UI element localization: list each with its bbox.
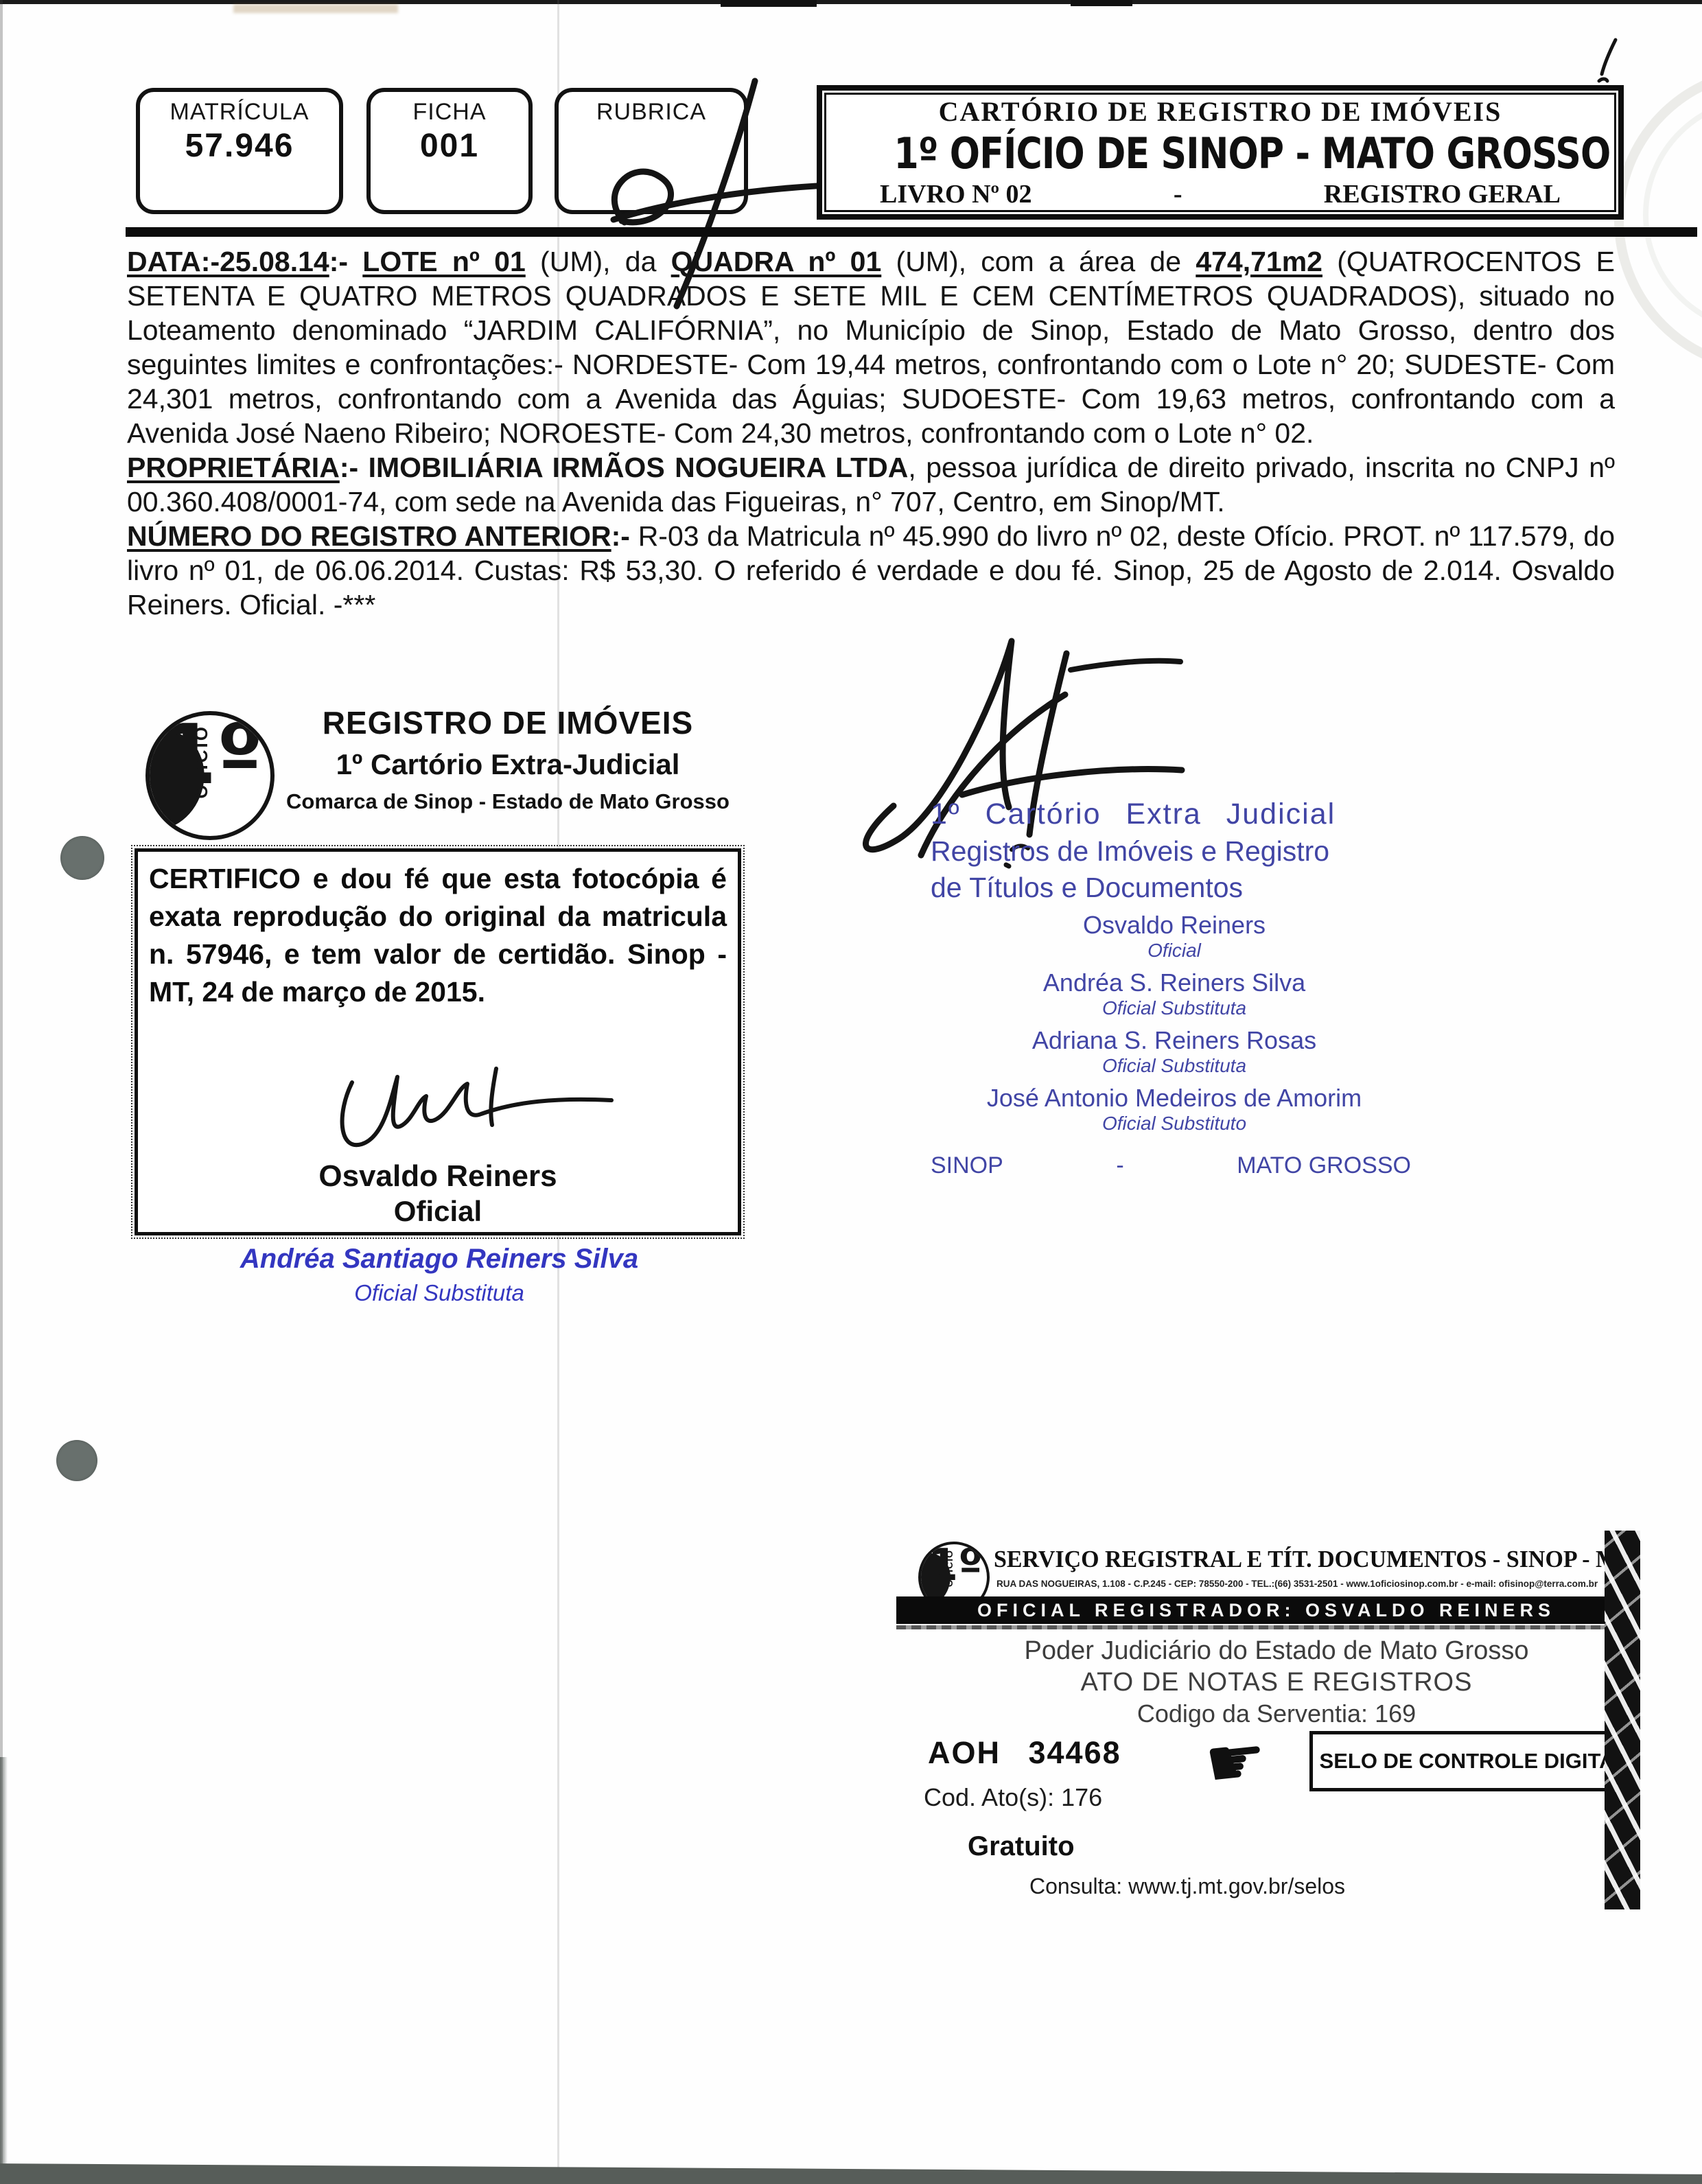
official-title: Oficial xyxy=(931,940,1418,962)
punch-hole xyxy=(56,1440,97,1481)
security-strip xyxy=(1605,1531,1640,1909)
official-title: Oficial Substituta xyxy=(931,997,1418,1019)
blue-stamp-line1: 1º Cartório Extra Judicial xyxy=(931,798,1418,831)
substitute-name: Andréa Santiago Reiners Silva xyxy=(165,1244,714,1275)
official-title: Oficial Substituta xyxy=(931,1055,1418,1077)
scan-edge-bump xyxy=(721,0,817,7)
registrar-bar: OFICIAL REGISTRADOR: OSVALDO REINERS xyxy=(896,1596,1636,1624)
certification-signature xyxy=(316,1058,632,1174)
ficha-box: FICHA 001 xyxy=(366,88,533,214)
matricula-label: MATRÍCULA xyxy=(140,99,339,126)
office-book: LIVRO Nº 02 xyxy=(880,179,1032,209)
seal-code: AOH 34468 xyxy=(928,1735,1121,1771)
stamp-city: SINOP xyxy=(931,1152,1003,1179)
registry-stamp-line3: Comarca de Sinop - Estado de Mato Grosso xyxy=(275,789,741,814)
city-state-row: SINOP - MATO GROSSO xyxy=(931,1152,1418,1179)
free-of-charge-label: Gratuito xyxy=(968,1831,1075,1862)
registry-stamp: REGISTRO DE IMÓVEIS 1º Cartório Extra-Ju… xyxy=(275,704,741,814)
digital-seal-box: SELO DE CONTROLE DIGITAL xyxy=(1309,1731,1637,1791)
official-name: Andréa S. Reiners Silva xyxy=(931,968,1418,997)
footer-address-line: RUA DAS NOGUEIRAS, 1.108 - C.P.245 - CEP… xyxy=(996,1579,1635,1589)
substitute-signer: Andréa Santiago Reiners Silva Oficial Su… xyxy=(165,1244,714,1306)
judiciary-line3: Codigo da Serventia: 169 xyxy=(913,1699,1640,1728)
paragraph-proprietaria: PROPRIETÁRIA:- IMOBILIÁRIA IRMÃOS NOGUEI… xyxy=(127,450,1615,519)
official-name: Adriana S. Reiners Rosas xyxy=(931,1026,1418,1055)
judiciary-line2: ATO DE NOTAS E REGISTROS xyxy=(913,1668,1640,1697)
substitute-title: Oficial Substituta xyxy=(165,1280,714,1306)
blue-stamp-line2: Registros de Imóveis e Registro xyxy=(931,835,1418,868)
seal-lookup-url: Consulta: www.tj.mt.gov.br/selos xyxy=(1029,1874,1345,1899)
ficha-label: FICHA xyxy=(371,99,528,126)
official-name: Osvaldo Reiners xyxy=(931,911,1418,940)
certification-box: CERTIFICO e dou fé que esta fotocópia é … xyxy=(135,848,741,1235)
blue-office-stamp: 1º Cartório Extra Judicial Registros de … xyxy=(931,798,1418,1179)
office-register-type: REGISTRO GERAL xyxy=(1324,179,1561,209)
stamp-dash: - xyxy=(1116,1152,1123,1179)
matricula-box: MATRÍCULA 57.946 xyxy=(136,88,343,214)
scan-smudge xyxy=(233,4,398,13)
act-code: Cod. Ato(s): 176 xyxy=(924,1783,1102,1812)
certification-text: CERTIFICO e dou fé que esta fotocópia é … xyxy=(149,860,727,1011)
footer-service-title: SERVIÇO REGISTRAL E TÍT. DOCUMENTOS - SI… xyxy=(994,1546,1620,1573)
matricula-value: 57.946 xyxy=(140,127,339,165)
scan-edge-left-shadow xyxy=(0,1757,8,2184)
official-name: José Antonio Medeiros de Amorim xyxy=(931,1084,1418,1113)
judiciary-line1: Poder Judiciário do Estado de Mato Gross… xyxy=(913,1636,1640,1666)
office-dash: - xyxy=(1174,179,1182,209)
registrar-bar-shadow xyxy=(896,1625,1636,1629)
paragraph-registro-anterior: NÚMERO DO REGISTRO ANTERIOR:- R-03 da Ma… xyxy=(127,519,1615,622)
pen-mark xyxy=(1589,36,1631,91)
blue-stamp-line3: de Títulos e Documentos xyxy=(931,872,1418,904)
paragraph-data: DATA:-25.08.14:- LOTE nº 01 (UM), da QUA… xyxy=(127,244,1615,450)
stamp-state: MATO GROSSO xyxy=(1237,1152,1411,1179)
officials-list: Osvaldo Reiners Oficial Andréa S. Reiner… xyxy=(931,911,1418,1135)
logo-number: 1º xyxy=(928,1542,983,1591)
registry-stamp-line2: 1º Cartório Extra-Judicial xyxy=(275,748,741,781)
pointing-hand-icon: ☛ xyxy=(1201,1719,1270,1805)
ficha-value: 001 xyxy=(371,127,528,165)
scan-edge-bump xyxy=(1071,0,1132,6)
office-book-row: LIVRO Nº 02 - REGISTRO GERAL xyxy=(832,179,1609,209)
scan-edge-bottom xyxy=(0,2154,1702,2184)
office-title: CARTÓRIO DE REGISTRO DE IMÓVEIS xyxy=(832,95,1609,128)
horizontal-rule xyxy=(126,227,1697,237)
office-name: 1º OFÍCIO DE SINOP - MATO GROSSO xyxy=(894,128,1547,178)
official-title: Oficial Substituto xyxy=(931,1113,1418,1135)
deed-text: DATA:-25.08.14:- LOTE nº 01 (UM), da QUA… xyxy=(127,244,1615,622)
registry-stamp-line1: REGISTRO DE IMÓVEIS xyxy=(275,704,741,741)
signer-title: Oficial xyxy=(138,1195,738,1228)
signer-name: Osvaldo Reiners xyxy=(138,1159,738,1194)
office-header-box: CARTÓRIO DE REGISTRO DE IMÓVEIS 1º OFÍCI… xyxy=(817,85,1624,220)
first-office-logo: OFÍCIO 1º xyxy=(145,711,275,840)
punch-hole xyxy=(60,836,104,880)
logo-number: 1º xyxy=(159,711,263,803)
certification-signer: Osvaldo Reiners Oficial xyxy=(138,1159,738,1228)
scanned-registry-document: MATRÍCULA 57.946 FICHA 001 RUBRICA CARTÓ… xyxy=(0,0,1702,2184)
